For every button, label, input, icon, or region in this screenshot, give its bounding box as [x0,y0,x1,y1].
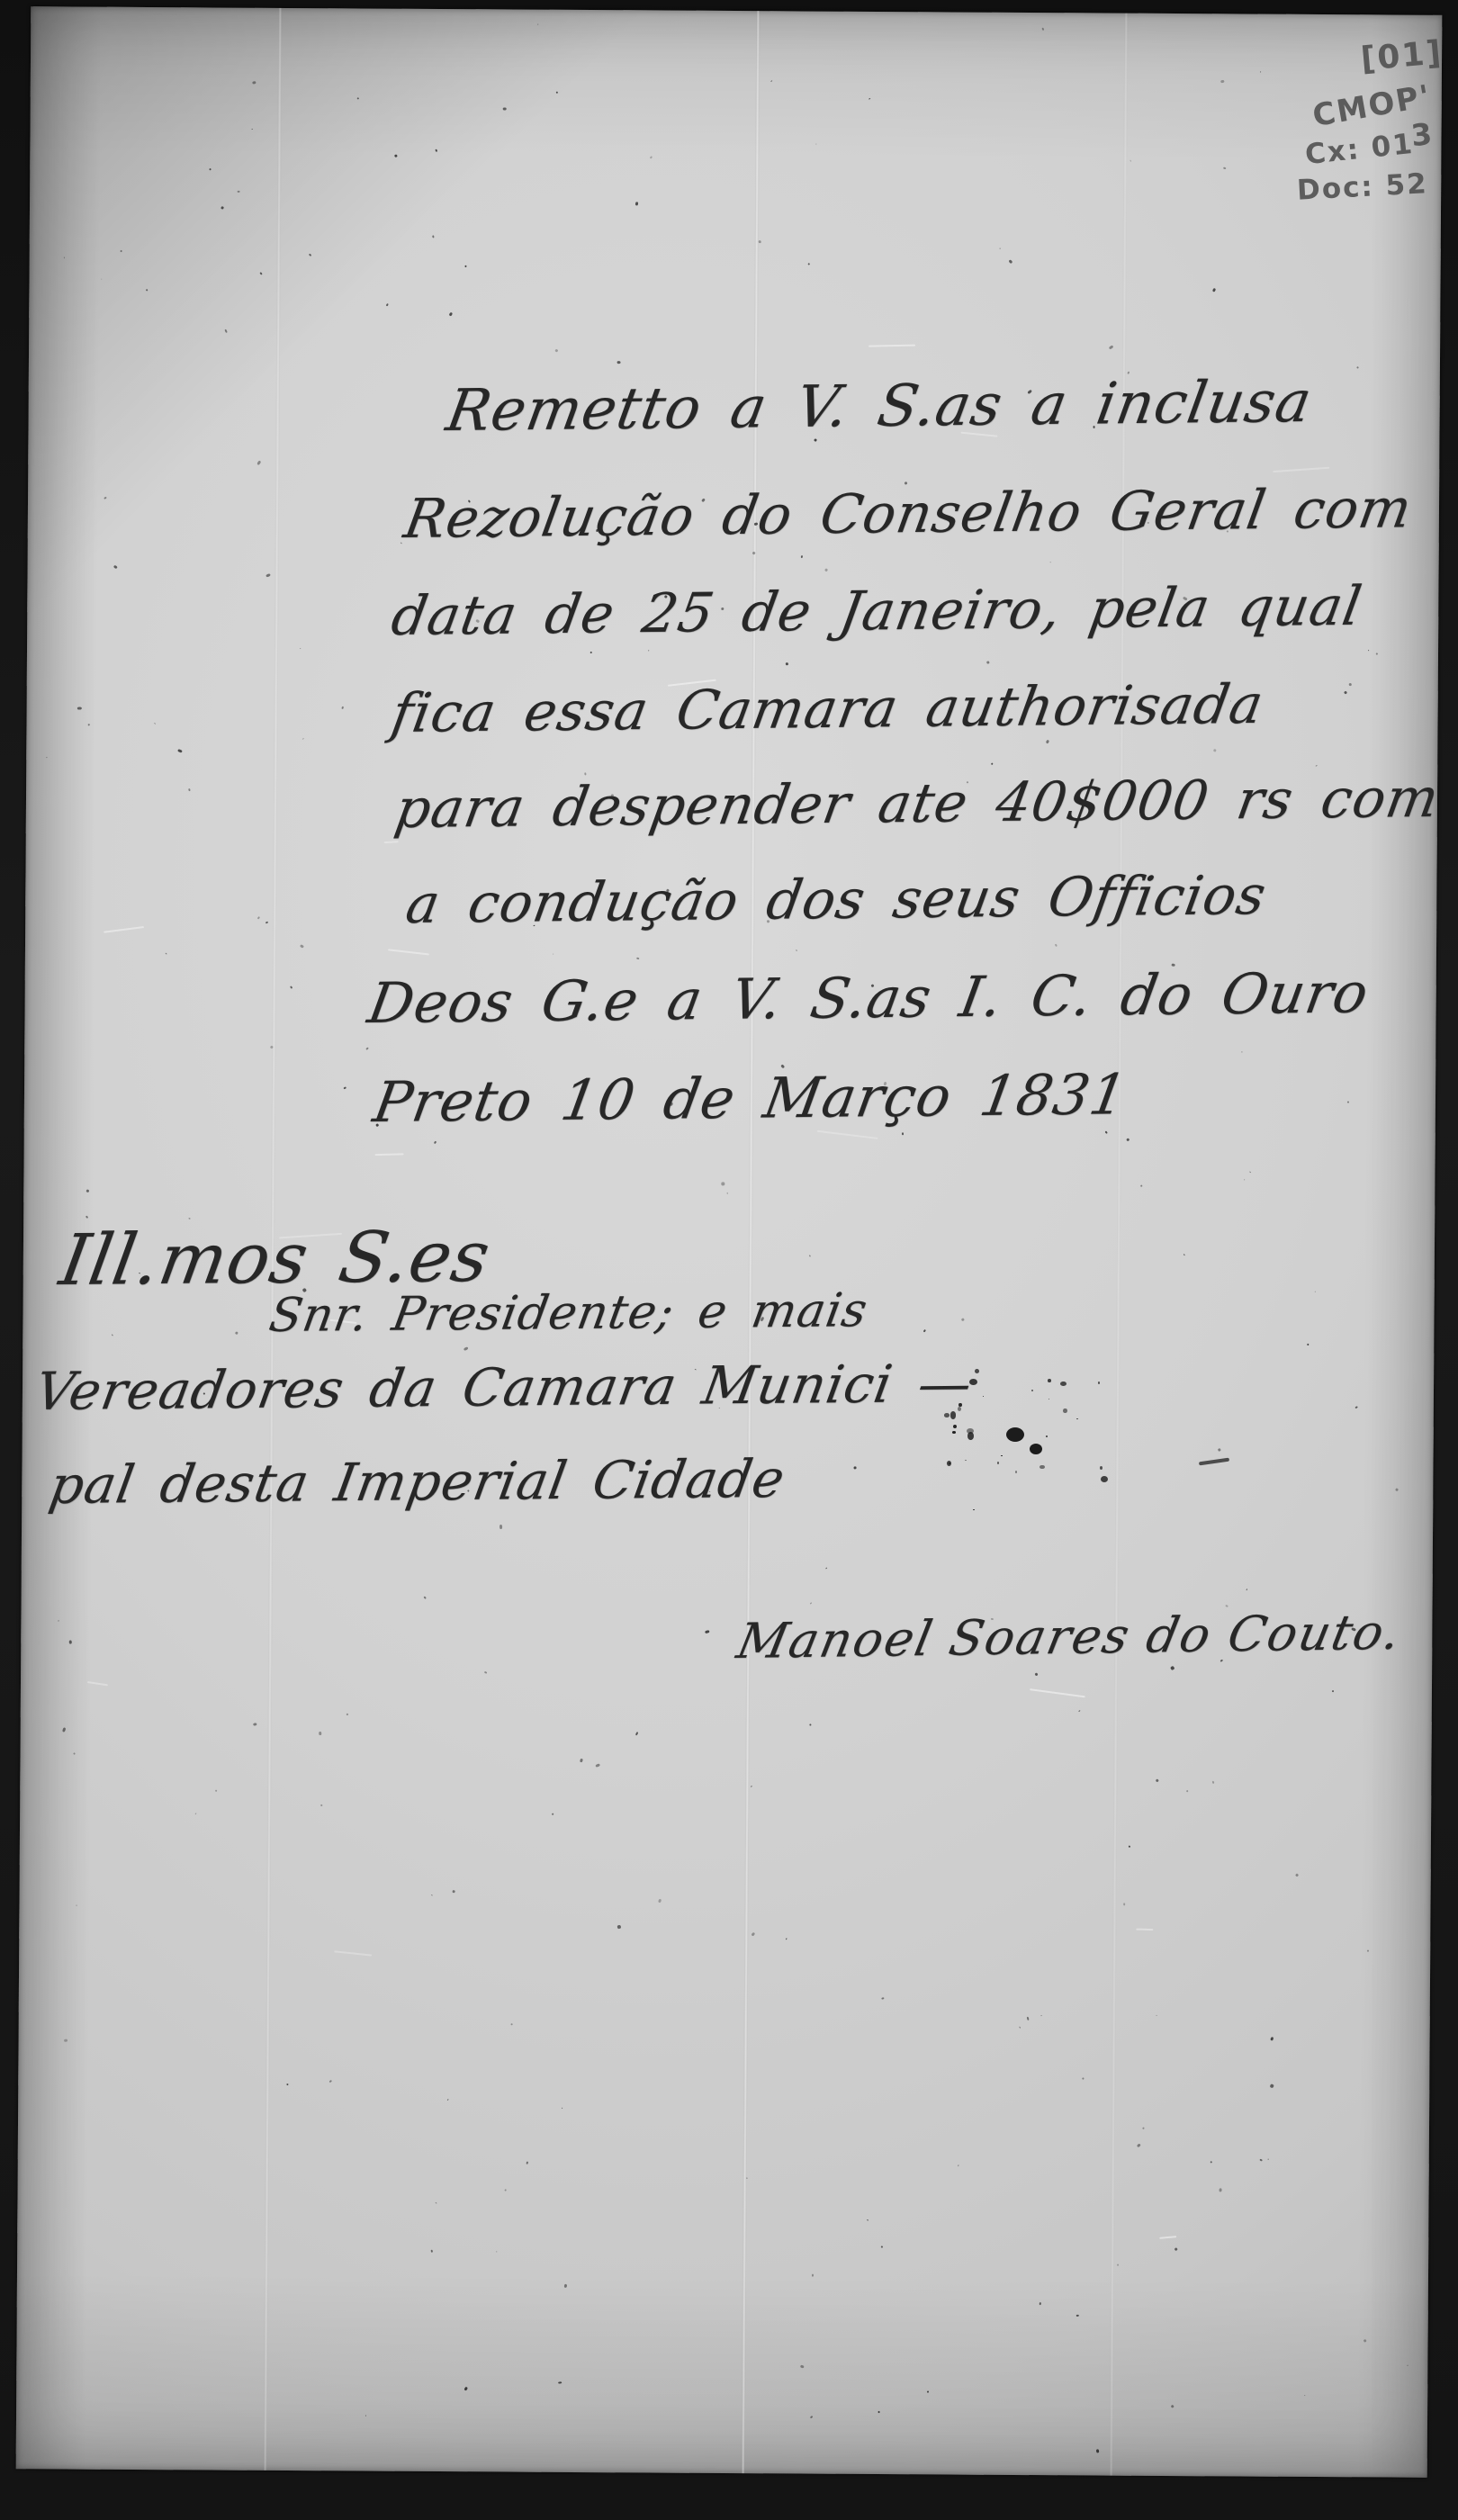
letter-closing-line: Deos G.e a V. S.as I. C. do Ouro [364,959,1373,1036]
ink-dash [1199,1458,1229,1466]
signature: Manoel Soares do Couto. [733,1604,1407,1669]
letter-body-line: a condução dos seus Officios [401,864,1271,936]
address-salutation-continued: Snr. Presidente; e mais [265,1283,872,1343]
scanned-document: [01] CMOP' 3 Cx: 01 Doc: 52 Remetto a V.… [0,0,1458,2520]
letter-dateline: Preto 10 de Março 1831 [369,1061,1132,1135]
content-layer: [01] CMOP' 3 Cx: 01 Doc: 52 Remetto a V.… [0,0,1458,2520]
letter-body-line: data de 25 de Janeiro, pela qual [387,575,1366,648]
ink-blot [936,1368,1134,1521]
letter-body-line: para despender ate 40$000 rs com [391,767,1444,841]
letter-body-line: fica essa Camara authorisada [387,673,1268,745]
archival-box-label: Cx: 01 [1303,128,1415,171]
archival-folio-number: [01] [1359,34,1444,78]
address-line: Vereadores da Camara Munici — [31,1353,976,1422]
letter-body-line: Remetto a V. S.as a inclusa [442,369,1317,445]
archival-document-label: Doc: 52 [1296,167,1428,207]
letter-body-line: Rezolução do Conselho Geral com [400,477,1417,551]
address-line: pal desta Imperial Cidade [45,1448,789,1516]
